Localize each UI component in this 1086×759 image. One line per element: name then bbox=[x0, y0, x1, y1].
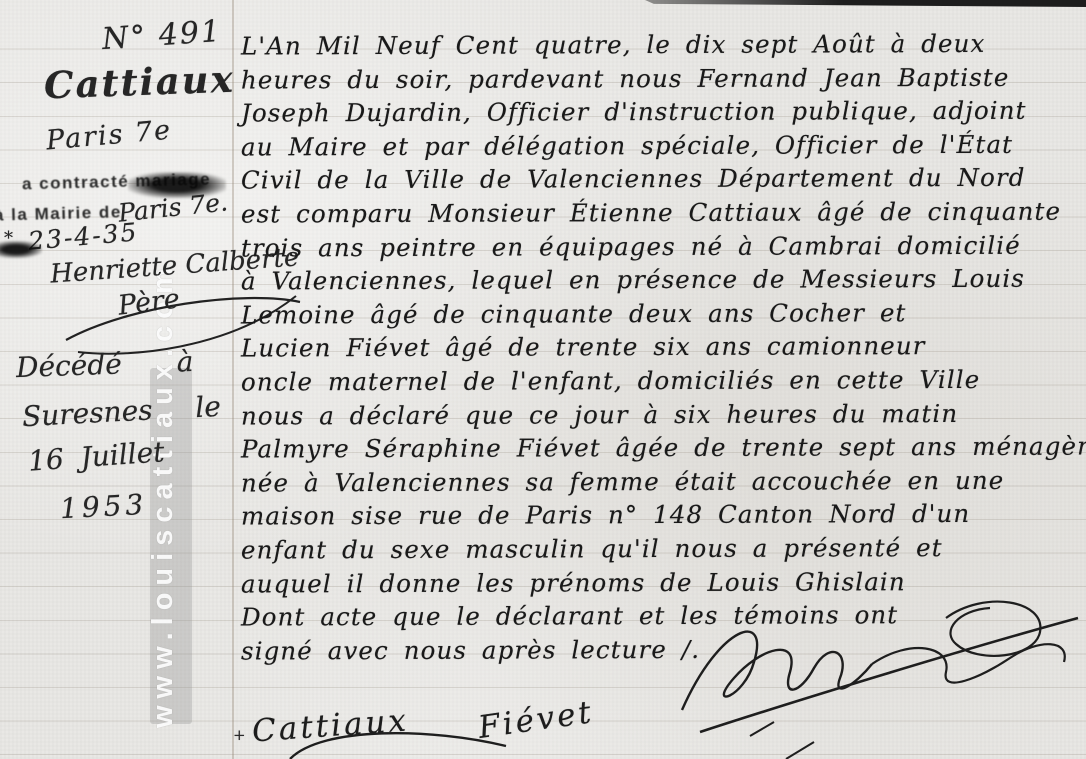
act-line: Palmyre Séraphine Fiévet âgée de trente … bbox=[241, 430, 1086, 467]
act-line: maison sise rue de Paris n° 148 Canton N… bbox=[241, 497, 1086, 534]
signature-cross-mark: + bbox=[233, 726, 246, 744]
asterisk-mark: * bbox=[4, 228, 13, 249]
act-line: Lemoine âgé de cinquante deux ans Cocher… bbox=[241, 295, 1086, 332]
act-line: enfant du sexe masculin qu'il nous a pré… bbox=[241, 530, 1086, 567]
act-line: trois ans peintre en équipages né à Camb… bbox=[241, 228, 1086, 265]
margin-family-name: Cattiaux bbox=[43, 57, 235, 108]
act-line: nous a déclaré que ce jour à six heures … bbox=[241, 396, 1086, 433]
margin-separator-line bbox=[232, 0, 234, 759]
register-page-scan: www.louiscattiaux.com N° 491 Cattiaux Pa… bbox=[0, 0, 1086, 759]
act-line: née à Valenciennes sa femme était accouc… bbox=[241, 463, 1086, 500]
act-number: N° 491 bbox=[101, 14, 223, 57]
partial-signature-curve bbox=[282, 734, 512, 759]
scan-edge-shadow bbox=[645, 0, 1086, 7]
act-line: Civil de la Ville de Valenciennes Départ… bbox=[241, 161, 1086, 198]
act-line: à Valenciennes, lequel en présence de Me… bbox=[241, 262, 1086, 299]
act-line: Lucien Fiévet âgé de trente six ans cami… bbox=[241, 329, 1086, 366]
act-line: heures du soir, pardevant nous Fernand J… bbox=[241, 60, 1086, 97]
officer-signature-flourish bbox=[648, 582, 1080, 732]
act-line: L'An Mil Neuf Cent quatre, le dix sept A… bbox=[241, 27, 1086, 64]
death-note-line3: 16 Juillet bbox=[27, 435, 165, 477]
death-note-line4: 1953 bbox=[59, 488, 148, 526]
act-line: Joseph Dujardin, Officier d'instruction … bbox=[241, 94, 1086, 131]
act-line: est comparu Monsieur Étienne Cattiaux âg… bbox=[241, 194, 1086, 231]
signature-stroke-tips bbox=[748, 718, 818, 759]
death-note-line1: Décédé à bbox=[15, 345, 193, 384]
act-line: oncle maternel de l'enfant, domiciliés e… bbox=[241, 362, 1086, 399]
act-line: au Maire et par délégation spéciale, Off… bbox=[241, 127, 1086, 164]
act-text-body: L'An Mil Neuf Cent quatre, le dix sept A… bbox=[241, 28, 1086, 666]
